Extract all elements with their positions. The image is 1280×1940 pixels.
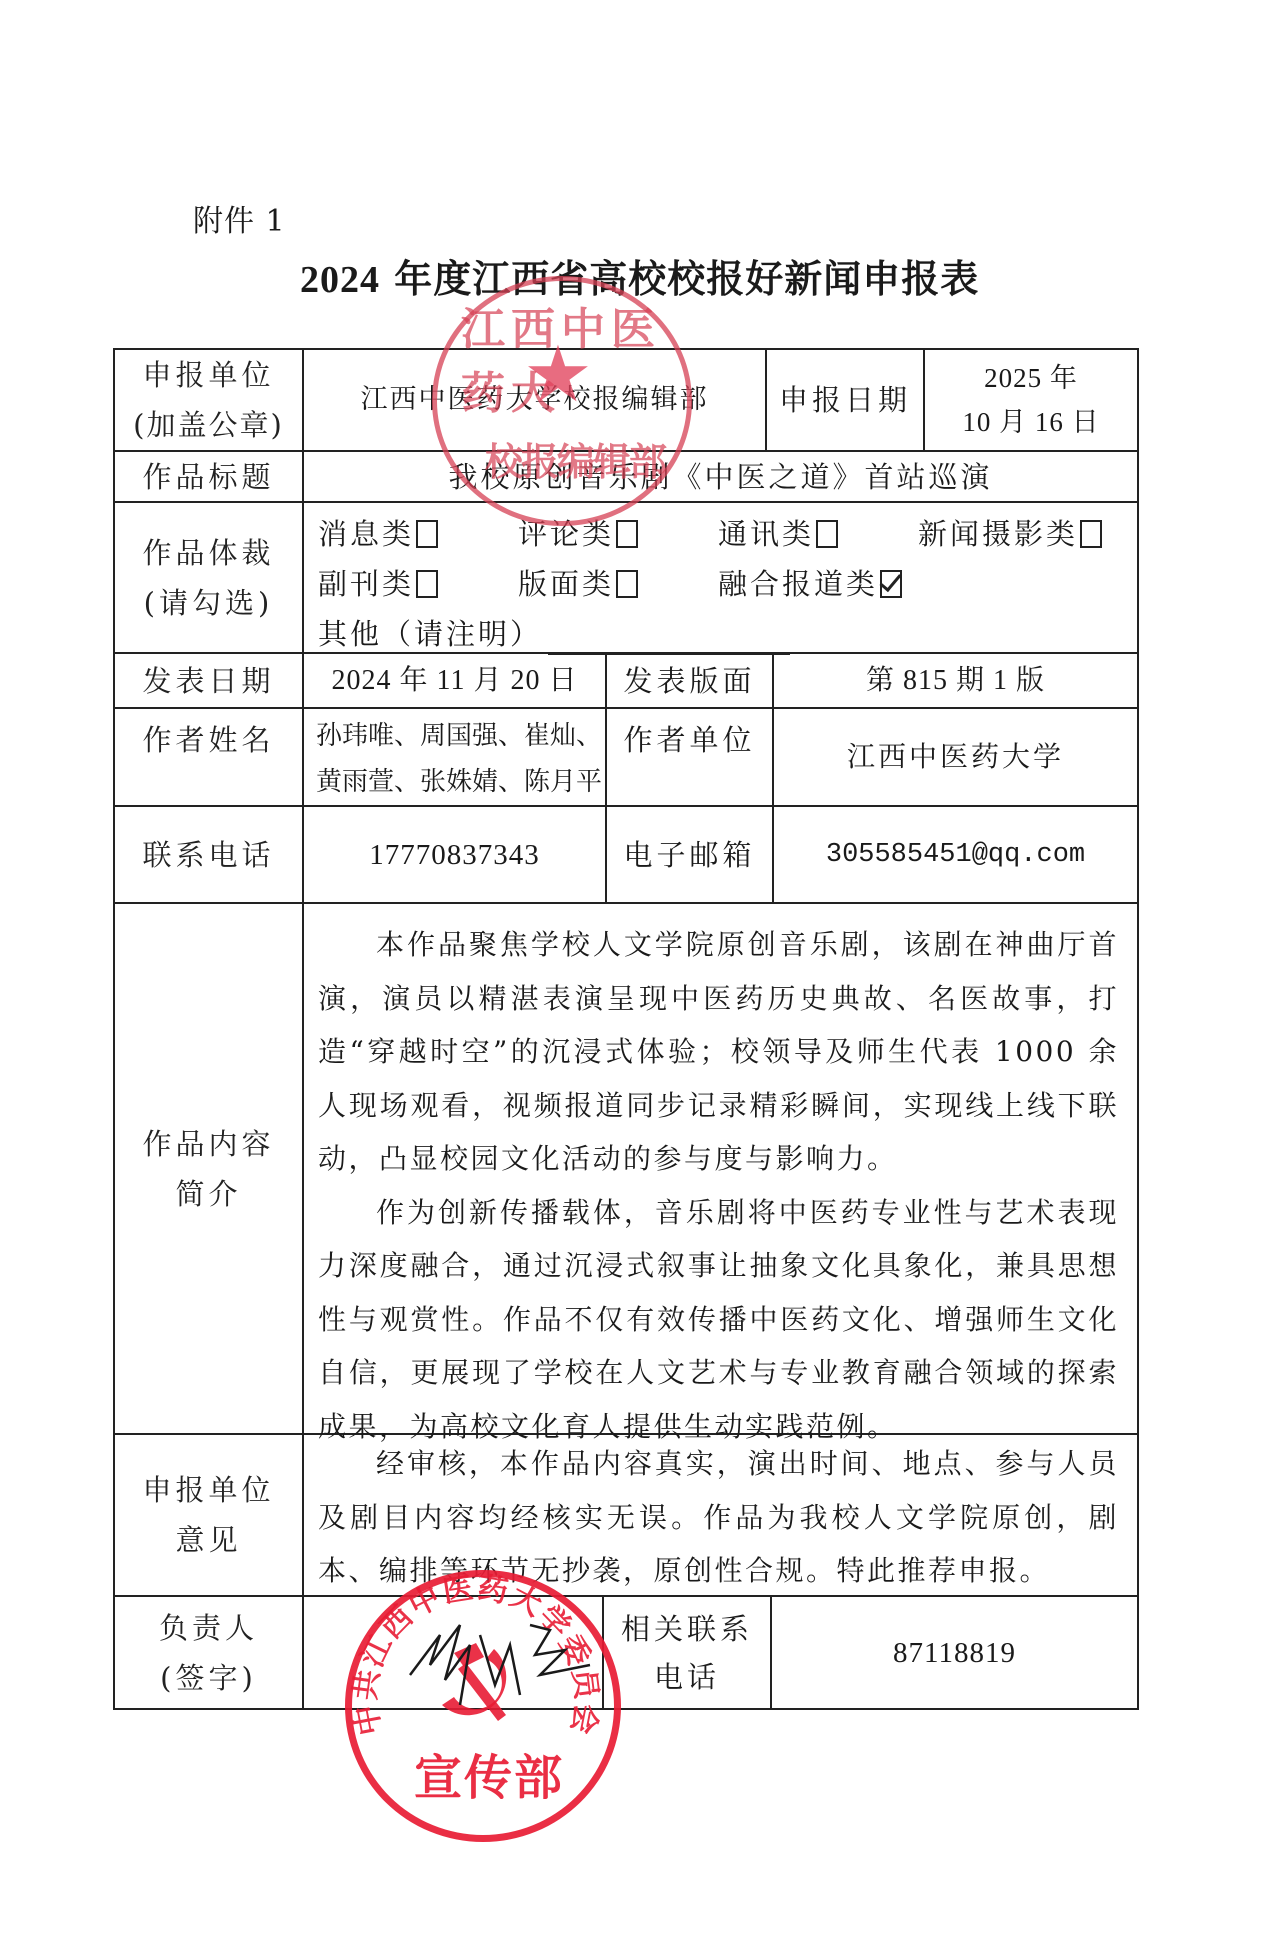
genre-option-label: 新闻摄影类 bbox=[918, 509, 1078, 559]
work-title-value[interactable]: 我校原创音乐剧《中医之道》首站巡演 bbox=[304, 452, 1137, 501]
genre-option-label: 评论类 bbox=[518, 509, 614, 559]
row-opinion: 申报单位 意见 经审核，本作品内容真实，演出时间、地点、参与人员及剧目内容均经核… bbox=[115, 1435, 1137, 1597]
authors-value[interactable]: 孙玮唯、周国强、崔灿、 黄雨萱、张姝婧、陈月平 bbox=[304, 709, 607, 805]
opinion-label-line2: 意见 bbox=[175, 1515, 241, 1565]
seal-bottom-text: 宣传部 bbox=[414, 1739, 564, 1808]
row-unit: 申报单位 (加盖公章) 江西中医药大学校报编辑部 申报日期 2025 年 10 … bbox=[115, 350, 1137, 452]
genre-option-label: 融合报道类 bbox=[718, 559, 878, 609]
contact-phone-value[interactable]: 87118819 bbox=[772, 1597, 1137, 1708]
title-year: 2024 bbox=[300, 259, 380, 301]
genre-option-feature[interactable]: 通讯类 bbox=[718, 509, 918, 559]
email-value[interactable]: 305585451@qq.com bbox=[774, 807, 1137, 902]
apply-date-label: 申报日期 bbox=[767, 350, 925, 450]
summary-text[interactable]: 本作品聚焦学校人文学院原创音乐剧，该剧在神曲厅首演，演员以精湛表演呈现中医药历史… bbox=[304, 904, 1137, 1433]
phone-label: 联系电话 bbox=[115, 807, 304, 902]
apply-date-year: 2025 年 bbox=[984, 356, 1078, 400]
genre-other-input[interactable] bbox=[548, 613, 790, 655]
authors-line1: 孙玮唯、周国强、崔灿、 bbox=[316, 713, 602, 759]
document-title: 2024 年度江西省高校校报好新闻申报表 bbox=[300, 248, 979, 303]
unit-label: 申报单位 (加盖公章) bbox=[115, 350, 304, 450]
genre-label-line1: 作品体裁 bbox=[142, 528, 274, 578]
checkbox-icon[interactable] bbox=[1080, 520, 1102, 548]
genre-option-news[interactable]: 消息类 bbox=[318, 509, 518, 559]
genre-option-commentary[interactable]: 评论类 bbox=[518, 509, 718, 559]
unit-value[interactable]: 江西中医药大学校报编辑部 bbox=[304, 350, 767, 450]
summary-label-line1: 作品内容 bbox=[142, 1119, 274, 1169]
genre-other-label: 其他（请注明） bbox=[318, 609, 542, 659]
row-leader: 负责人 (签字) 相关联系 电话 87118819 bbox=[115, 1597, 1137, 1708]
attachment-label: 附件 1 bbox=[193, 196, 286, 240]
genre-options: 消息类 评论类 通讯类 新闻摄影类 副刊类 版面类 融合报道类 其他（请注明） bbox=[304, 503, 1137, 652]
genre-option-photo[interactable]: 新闻摄影类 bbox=[918, 509, 1118, 559]
leader-signature-field[interactable] bbox=[304, 1597, 604, 1708]
publish-date-value[interactable]: 2024 年 11 月 20 日 bbox=[304, 654, 607, 707]
row-summary: 作品内容 简介 本作品聚焦学校人文学院原创音乐剧，该剧在神曲厅首演，演员以精湛表… bbox=[115, 904, 1137, 1435]
opinion-label-line1: 申报单位 bbox=[142, 1465, 274, 1515]
summary-paragraph-1: 本作品聚焦学校人文学院原创音乐剧，该剧在神曲厅首演，演员以精湛表演呈现中医药历史… bbox=[318, 918, 1119, 1186]
author-unit-label: 作者单位 bbox=[607, 709, 774, 805]
checkbox-icon[interactable] bbox=[616, 520, 638, 548]
author-unit-value[interactable]: 江西中医药大学 bbox=[774, 709, 1137, 805]
genre-label-line2: (请勾选) bbox=[144, 578, 274, 628]
leader-label-line2: (签字) bbox=[160, 1653, 257, 1703]
checkbox-icon[interactable] bbox=[816, 520, 838, 548]
publish-page-label: 发表版面 bbox=[607, 654, 774, 707]
genre-option-layout[interactable]: 版面类 bbox=[518, 559, 718, 609]
genre-option-convergence[interactable]: 融合报道类 bbox=[718, 559, 918, 609]
leader-label: 负责人 (签字) bbox=[115, 1597, 304, 1708]
summary-label-line2: 简介 bbox=[175, 1169, 241, 1219]
genre-option-label: 通讯类 bbox=[718, 509, 814, 559]
publish-date-label: 发表日期 bbox=[115, 654, 304, 707]
contact-phone-label-line1: 相关联系 bbox=[621, 1605, 753, 1653]
title-text: 年度江西省高校校报好新闻申报表 bbox=[380, 256, 979, 301]
apply-date-value[interactable]: 2025 年 10 月 16 日 bbox=[925, 350, 1137, 450]
apply-date-monthday: 10 月 16 日 bbox=[962, 400, 1099, 444]
genre-option-supplement[interactable]: 副刊类 bbox=[318, 559, 518, 609]
unit-label-line2: (加盖公章) bbox=[133, 400, 284, 450]
genre-label: 作品体裁 (请勾选) bbox=[115, 503, 304, 652]
summary-paragraph-2: 作为创新传播载体，音乐剧将中医药专业性与艺术表现力深度融合，通过沉浸式叙事让抽象… bbox=[318, 1186, 1119, 1454]
contact-phone-label: 相关联系 电话 bbox=[604, 1597, 772, 1708]
row-genre: 作品体裁 (请勾选) 消息类 评论类 通讯类 新闻摄影类 副刊类 版面类 融合报… bbox=[115, 503, 1137, 654]
genre-option-label: 消息类 bbox=[318, 509, 414, 559]
opinion-text[interactable]: 经审核，本作品内容真实，演出时间、地点、参与人员及剧目内容均经核实无误。作品为我… bbox=[304, 1435, 1137, 1595]
unit-label-line1: 申报单位 bbox=[142, 350, 274, 400]
leader-label-line1: 负责人 bbox=[159, 1603, 258, 1653]
checkbox-icon[interactable] bbox=[416, 570, 438, 598]
opinion-paragraph: 经审核，本作品内容真实，演出时间、地点、参与人员及剧目内容均经核实无误。作品为我… bbox=[318, 1437, 1119, 1598]
checkbox-icon[interactable] bbox=[416, 520, 438, 548]
summary-label: 作品内容 简介 bbox=[115, 904, 304, 1433]
work-title-label: 作品标题 bbox=[115, 452, 304, 501]
row-contact: 联系电话 17770837343 电子邮箱 305585451@qq.com bbox=[115, 807, 1137, 904]
authors-label: 作者姓名 bbox=[115, 709, 304, 805]
genre-option-label: 副刊类 bbox=[318, 559, 414, 609]
email-label: 电子邮箱 bbox=[607, 807, 774, 902]
contact-phone-label-line2: 电话 bbox=[654, 1653, 720, 1701]
row-publish: 发表日期 2024 年 11 月 20 日 发表版面 第 815 期 1 版 bbox=[115, 654, 1137, 709]
genre-option-label: 版面类 bbox=[518, 559, 614, 609]
opinion-label: 申报单位 意见 bbox=[115, 1435, 304, 1595]
phone-value[interactable]: 17770837343 bbox=[304, 807, 607, 902]
row-authors: 作者姓名 孙玮唯、周国强、崔灿、 黄雨萱、张姝婧、陈月平 作者单位 江西中医药大… bbox=[115, 709, 1137, 807]
publish-page-value[interactable]: 第 815 期 1 版 bbox=[774, 654, 1137, 707]
application-form-table: 申报单位 (加盖公章) 江西中医药大学校报编辑部 申报日期 2025 年 10 … bbox=[113, 348, 1139, 1710]
authors-line2: 黄雨萱、张姝婧、陈月平 bbox=[316, 759, 602, 805]
row-work-title: 作品标题 我校原创音乐剧《中医之道》首站巡演 bbox=[115, 452, 1137, 503]
checkbox-icon[interactable] bbox=[616, 570, 638, 598]
checkbox-checked-icon[interactable] bbox=[880, 570, 902, 598]
